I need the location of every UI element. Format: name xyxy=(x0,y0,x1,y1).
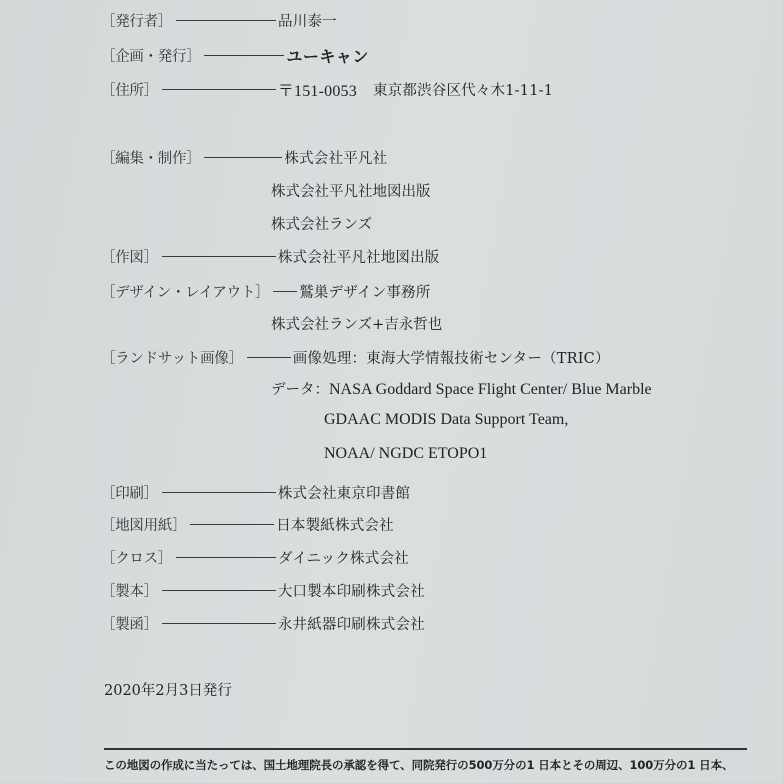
map-paper-value: 日本製紙株式会社 xyxy=(276,514,394,535)
binding-row: ［製本］ 大口製本印刷株式会社 xyxy=(101,578,425,602)
map-paper-label: ［地図用紙］ xyxy=(101,514,186,535)
publisher-value: 品川泰一 xyxy=(278,10,337,31)
design-value-1: 鷲巣デザイン事務所 xyxy=(299,281,430,302)
leader-line xyxy=(162,492,276,493)
leader-line xyxy=(162,590,276,591)
cartography-row: ［作図］ 株式会社平凡社地図出版 xyxy=(101,244,440,268)
leader-line xyxy=(204,55,284,56)
printing-value: 株式会社東京印書館 xyxy=(278,482,410,503)
editing-value-1: 株式会社平凡社 xyxy=(284,147,387,168)
design-label: ［デザイン・レイアウト］ xyxy=(101,281,269,302)
editing-label: ［編集・制作］ xyxy=(101,147,200,168)
address-row: ［住所］ 〒151-0053 東京都渋谷区代々木1-11-1 xyxy=(101,77,553,101)
leader-line xyxy=(190,524,274,525)
planning-value: ユーキャン xyxy=(286,44,369,67)
leader-line xyxy=(162,89,276,90)
planning-row: ［企画・発行］ ユーキャン xyxy=(101,43,369,67)
design-row: ［デザイン・レイアウト］ 鷲巣デザイン事務所 xyxy=(101,279,431,303)
publisher-label: ［発行者］ xyxy=(101,10,172,31)
landsat-data-text: NASA Goddard Space Flight Center/ Blue M… xyxy=(329,381,652,398)
address-label: ［住所］ xyxy=(101,79,158,100)
address-value: 東京都渋谷区代々木1-11-1 xyxy=(373,79,553,100)
publisher-row: ［発行者］ 品川泰一 xyxy=(101,8,337,32)
cloth-value: ダイニック株式会社 xyxy=(278,547,409,568)
landsat-data-line-2: GDAAC MODIS Data Support Team, xyxy=(324,411,568,429)
leader-line xyxy=(162,623,276,624)
leader-line xyxy=(176,20,276,21)
leader-line xyxy=(247,357,291,358)
editing-value-2: 株式会社平凡社地図出版 xyxy=(271,180,431,201)
cartography-label: ［作図］ xyxy=(101,246,158,267)
editing-row: ［編集・制作］ 株式会社平凡社 xyxy=(101,145,387,169)
cloth-label: ［クロス］ xyxy=(101,547,172,568)
issue-date: 2020年2月3日発行 xyxy=(104,679,232,700)
landsat-data-prefix: データ： xyxy=(271,382,329,398)
leader-line xyxy=(273,291,297,292)
postal-code: 〒151-0053 xyxy=(278,78,357,101)
binding-value: 大口製本印刷株式会社 xyxy=(278,580,425,601)
landsat-data-line-1: データ：NASA Goddard Space Flight Center/ Bl… xyxy=(271,378,652,399)
divider-rule xyxy=(104,748,747,750)
case-row: ［製函］ 永井紙器印刷株式会社 xyxy=(101,611,425,635)
leader-line xyxy=(204,157,282,158)
editing-value-3: 株式会社ランズ xyxy=(271,213,372,234)
leader-line xyxy=(176,557,276,558)
landsat-row: ［ランドサット画像］ 画像処理：東海大学情報技術センター（TRIC） xyxy=(101,345,610,369)
landsat-data-line-3: NOAA/ NGDC ETOPO1 xyxy=(324,445,487,463)
cartography-value: 株式会社平凡社地図出版 xyxy=(278,246,440,267)
binding-label: ［製本］ xyxy=(101,580,158,601)
planning-label: ［企画・発行］ xyxy=(101,45,200,66)
footer-note: この地図の作成に当たっては、国土地理院長の承認を得て、同院発行の500万分の1 … xyxy=(104,757,733,773)
landsat-label: ［ランドサット画像］ xyxy=(101,347,243,368)
cloth-row: ［クロス］ ダイニック株式会社 xyxy=(101,545,409,569)
landsat-processing: 画像処理：東海大学情報技術センター（TRIC） xyxy=(293,347,610,368)
case-value: 永井紙器印刷株式会社 xyxy=(278,613,425,634)
printing-label: ［印刷］ xyxy=(101,482,158,503)
design-value-2: 株式会社ランズ+吉永哲也 xyxy=(271,313,442,334)
printing-row: ［印刷］ 株式会社東京印書館 xyxy=(101,480,410,504)
case-label: ［製函］ xyxy=(101,613,158,634)
map-paper-row: ［地図用紙］ 日本製紙株式会社 xyxy=(101,512,394,536)
leader-line xyxy=(162,256,276,257)
